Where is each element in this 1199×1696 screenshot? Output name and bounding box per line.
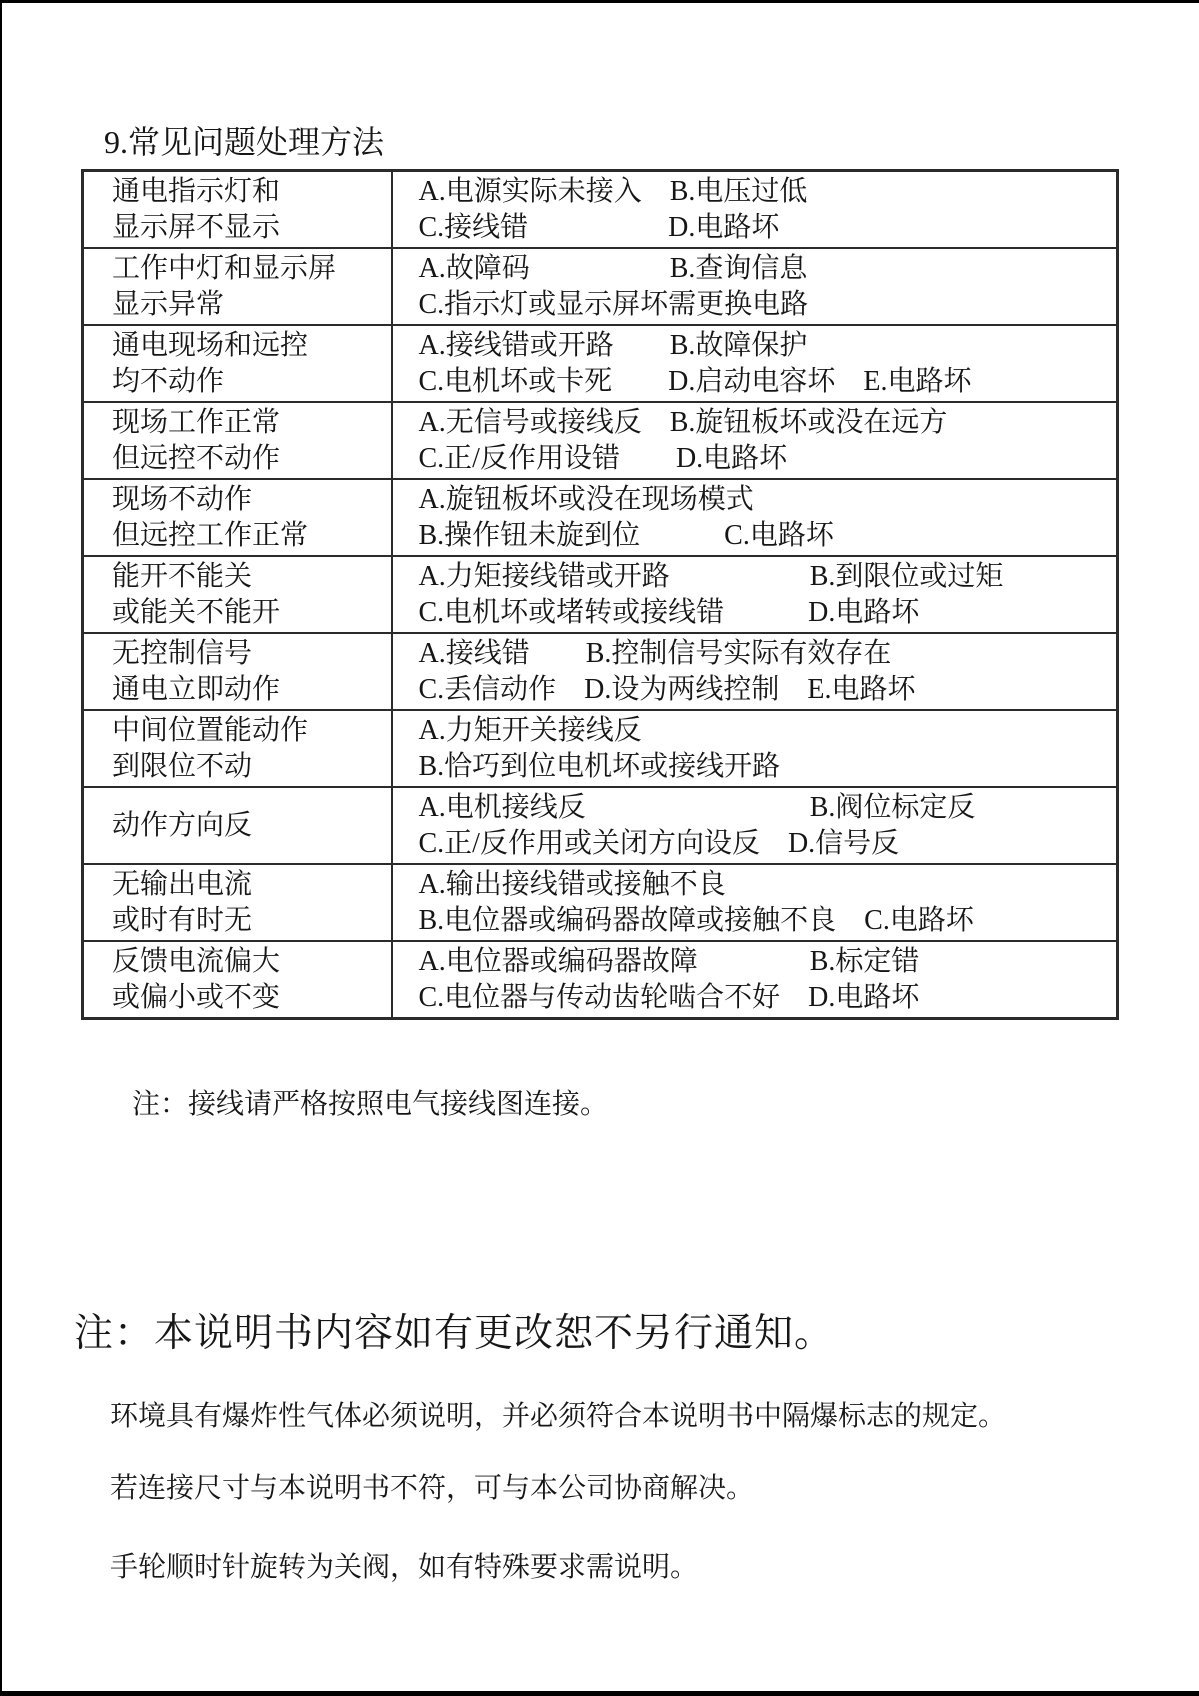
problem-cell: 动作方向反 — [83, 787, 392, 864]
causes-cell: A.旋钮板坏或没在现场模式 B.操作钮未旋到位 C.电路坏 — [392, 479, 1118, 556]
table-note: 注：接线请严格按照电气接线图连接。 — [132, 1087, 608, 1123]
fault-table-body: 通电指示灯和 显示屏不显示 A.电源实际未接入 B.电压过低 C.接线错 D.电… — [83, 171, 1118, 1019]
notice-heading: 注：本说明书内容如有更改恕不另行通知。 — [74, 1306, 834, 1362]
causes-cell: A.电源实际未接入 B.电压过低 C.接线错 D.电路坏 — [392, 171, 1118, 249]
note-paragraph-1: 环境具有爆炸性气体必须说明，并必须符合本说明书中隔爆标志的规定。 — [110, 1398, 1006, 1436]
fault-table-row: 通电现场和远控 均不动作 A.接线错或开路 B.故障保护 C.电机坏或卡死 D.… — [83, 325, 1118, 402]
problem-cell: 现场不动作 但远控工作正常 — [83, 479, 392, 556]
causes-cell: A.电机接线反 B.阀位标定反 C.正/反作用或关闭方向设反 D.信号反 — [392, 787, 1118, 864]
fault-table-row: 无控制信号 通电立即动作 A.接线错 B.控制信号实际有效存在 C.丢信动作 D… — [83, 633, 1118, 710]
fault-table-row: 反馈电流偏大 或偏小或不变 A.电位器或编码器故障 B.标定错 C.电位器与传动… — [83, 941, 1118, 1019]
page-edge-left — [0, 0, 2, 1696]
problem-cell: 反馈电流偏大 或偏小或不变 — [83, 941, 392, 1019]
causes-cell: A.接线错 B.控制信号实际有效存在 C.丢信动作 D.设为两线控制 E.电路坏 — [392, 633, 1118, 710]
fault-table-row: 动作方向反 A.电机接线反 B.阀位标定反 C.正/反作用或关闭方向设反 D.信… — [83, 787, 1118, 864]
problem-cell: 通电现场和远控 均不动作 — [83, 325, 392, 402]
fault-table-row: 无输出电流 或时有时无 A.输出接线错或接触不良 B.电位器或编码器故障或接触不… — [83, 864, 1118, 941]
section-title: 9.常见问题处理方法 — [104, 122, 384, 162]
causes-cell: A.接线错或开路 B.故障保护 C.电机坏或卡死 D.启动电容坏 E.电路坏 — [392, 325, 1118, 402]
problem-cell: 能开不能关 或能关不能开 — [83, 556, 392, 633]
fault-table-row: 能开不能关 或能关不能开 A.力矩接线错或开路 B.到限位或过矩 C.电机坏或堵… — [83, 556, 1118, 633]
fault-table-row: 中间位置能动作 到限位不动 A.力矩开关接线反 B.恰巧到位电机坏或接线开路 — [83, 710, 1118, 787]
fault-table: 通电指示灯和 显示屏不显示 A.电源实际未接入 B.电压过低 C.接线错 D.电… — [81, 169, 1119, 1020]
causes-cell: A.无信号或接线反 B.旋钮板坏或没在远方 C.正/反作用设错 D.电路坏 — [392, 402, 1118, 479]
causes-cell: A.故障码 B.查询信息 C.指示灯或显示屏坏需更换电路 — [392, 248, 1118, 325]
causes-cell: A.力矩接线错或开路 B.到限位或过矩 C.电机坏或堵转或接线错 D.电路坏 — [392, 556, 1118, 633]
problem-cell: 中间位置能动作 到限位不动 — [83, 710, 392, 787]
fault-table-row: 现场不动作 但远控工作正常 A.旋钮板坏或没在现场模式 B.操作钮未旋到位 C.… — [83, 479, 1118, 556]
problem-cell: 无输出电流 或时有时无 — [83, 864, 392, 941]
note-paragraph-2: 若连接尺寸与本说明书不符，可与本公司协商解决。 — [110, 1470, 754, 1508]
causes-cell: A.力矩开关接线反 B.恰巧到位电机坏或接线开路 — [392, 710, 1118, 787]
page-edge-top — [0, 0, 1199, 3]
causes-cell: A.输出接线错或接触不良 B.电位器或编码器故障或接触不良 C.电路坏 — [392, 864, 1118, 941]
fault-table-row: 通电指示灯和 显示屏不显示 A.电源实际未接入 B.电压过低 C.接线错 D.电… — [83, 171, 1118, 249]
problem-cell: 通电指示灯和 显示屏不显示 — [83, 171, 392, 249]
page-edge-bottom — [0, 1691, 1199, 1696]
fault-table-row: 工作中灯和显示屏 显示异常 A.故障码 B.查询信息 C.指示灯或显示屏坏需更换… — [83, 248, 1118, 325]
fault-table-row: 现场工作正常 但远控不动作 A.无信号或接线反 B.旋钮板坏或没在远方 C.正/… — [83, 402, 1118, 479]
document-page: 9.常见问题处理方法 通电指示灯和 显示屏不显示 A.电源实际未接入 B.电压过… — [0, 0, 1199, 1696]
note-paragraph-3: 手轮顺时针旋转为关阀，如有特殊要求需说明。 — [110, 1549, 698, 1587]
problem-cell: 无控制信号 通电立即动作 — [83, 633, 392, 710]
problem-cell: 工作中灯和显示屏 显示异常 — [83, 248, 392, 325]
problem-cell: 现场工作正常 但远控不动作 — [83, 402, 392, 479]
causes-cell: A.电位器或编码器故障 B.标定错 C.电位器与传动齿轮啮合不好 D.电路坏 — [392, 941, 1118, 1019]
